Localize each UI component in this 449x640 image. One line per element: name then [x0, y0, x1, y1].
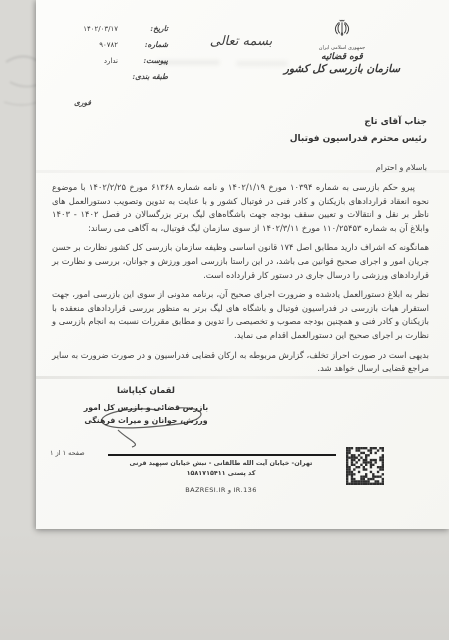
iran-emblem-icon: [333, 16, 351, 40]
signer-title-line1: بازرس قضائی و بازرس کل امور: [66, 401, 226, 414]
qr-code: [346, 447, 384, 485]
organization-title: سازمان بازرسی کل کشور: [277, 63, 407, 75]
page-number: صفحه ۱ از ۱: [50, 449, 85, 457]
letter-meta-block: تاریخ: ۱۴۰۲/۰۳/۱۷ شماره: ۹۰۷۸۲ پیوست: ند…: [50, 24, 168, 107]
number-value: ۹۰۷۸۲: [99, 41, 118, 49]
meta-row-classification: طبقه بندی:: [50, 72, 168, 88]
date-label: تاریخ:: [124, 24, 168, 33]
footer-divider: [108, 454, 336, 456]
attachment-label: پیوست:: [124, 56, 168, 65]
letter-paper: تاریخ: ۱۴۰۲/۰۳/۱۷ شماره: ۹۰۷۸۲ پیوست: ند…: [36, 0, 449, 529]
meta-row-number: شماره: ۹۰۷۸۲: [50, 40, 168, 56]
letter-body: پیرو حکم بازرسی به شماره ۱۰۳۹۴ مورخ ۱۴۰۲…: [52, 181, 429, 382]
footer-address: تهران- خیابان آیت الله طالقانی - نبش خیا…: [96, 459, 346, 467]
footer-postal-code: کد پستی ۱۵۸۱۷۱۵۴۱۱: [96, 469, 346, 477]
meta-row-attachment: پیوست: ندارد: [50, 56, 168, 72]
date-value: ۱۴۰۲/۰۳/۱۷: [83, 25, 118, 33]
body-paragraph: پیرو حکم بازرسی به شماره ۱۰۳۹۴ مورخ ۱۴۰۲…: [52, 181, 429, 235]
recipient-name: جناب آقای تاج: [290, 114, 427, 131]
meta-row-date: تاریخ: ۱۴۰۲/۰۳/۱۷: [50, 24, 168, 40]
judiciary-title: قوه قضائیه: [277, 52, 407, 62]
recipient-block: جناب آقای تاج رئیس محترم فدراسیون فوتبال: [290, 114, 427, 148]
body-paragraph: نظر به ابلاغ دستورالعمل یادشده و ضرورت ا…: [52, 288, 429, 342]
country-title: جمهوری اسلامی ایران: [277, 45, 407, 51]
signer-name: لقمان کیاپاشا: [66, 386, 226, 396]
urgency-label: فوری: [50, 98, 168, 107]
body-paragraph: همانگونه که اشراف دارید مطابق اصل ۱۷۴ قا…: [52, 241, 429, 282]
letterhead-org-block: جمهوری اسلامی ایران قوه قضائیه سازمان با…: [277, 16, 407, 75]
signer-title-line2: ورزش، جوانان و میراث فرهنگی: [66, 414, 226, 427]
salutation-text: باسلام و احترام: [376, 163, 427, 172]
attachment-value: ندارد: [104, 57, 118, 65]
number-label: شماره:: [124, 40, 168, 49]
scanned-letter-page: { "colors": { "ink": "#3b3b3b", "paper":…: [0, 0, 449, 640]
signature-block: لقمان کیاپاشا بازرس قضائی و بازرس کل امو…: [66, 386, 226, 427]
body-paragraph: بدیهی است در صورت احراز تخلف، گزارش مربو…: [52, 349, 429, 376]
classification-label: طبقه بندی:: [124, 72, 168, 81]
footer-websites: 136.IR و BAZRESI.IR: [96, 486, 346, 494]
recipient-title: رئیس محترم فدراسیون فوتبال: [290, 131, 427, 148]
